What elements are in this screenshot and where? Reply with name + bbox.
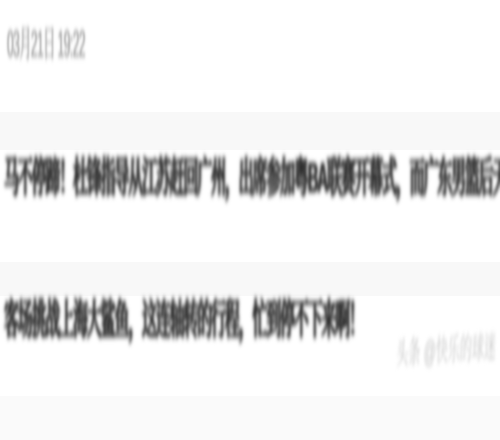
- jpeg-artifact-band: [0, 396, 500, 440]
- toutiao-watermark: 头条 @快乐的球迷: [396, 324, 497, 374]
- post-timestamp: 03月21日 19:22: [7, 16, 85, 69]
- post-text-line-2: 客场挑战上海大鲨鱼，这连轴转的行程，忙到停不下来啊！: [4, 289, 363, 348]
- post-text-line-1: 马不停蹄！杜锋指导从江苏赶回广州，出席参加粤BA联赛开幕式，而广东男篮后天将迎: [4, 147, 500, 206]
- jpeg-artifact-band: [0, 112, 500, 150]
- post-screenshot: 03月21日 19:22 马不停蹄！杜锋指导从江苏赶回广州，出席参加粤BA联赛开…: [0, 0, 500, 440]
